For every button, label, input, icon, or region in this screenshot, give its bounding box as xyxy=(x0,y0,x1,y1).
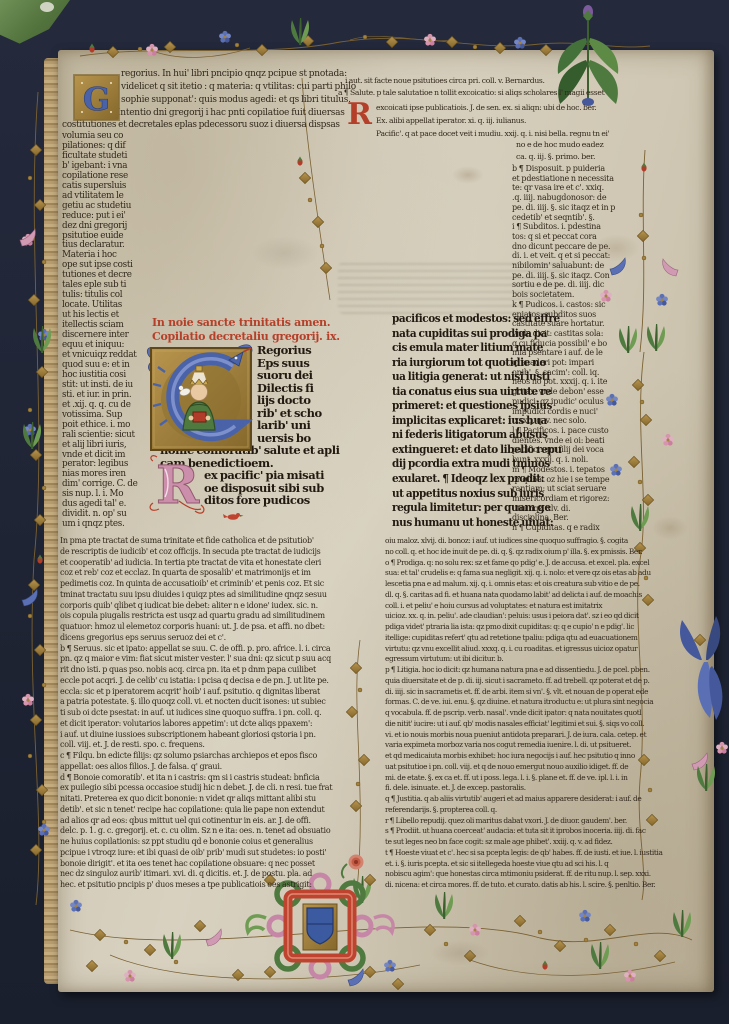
rubric-incipit: In noie sancte trinitatis amen. Copilati… xyxy=(152,316,400,343)
right-top-gloss-beside-initial: excoicati ipse publicatiois. J. de sen. … xyxy=(376,101,648,140)
main-text-col1-full-lines: nonie comoratib' salute et apli cam bene… xyxy=(160,444,396,469)
right-lower-gloss: oiu maloz. xlvij. di. bonoz: i auf. ut i… xyxy=(385,536,707,891)
right-top-gloss-hanging-lines: no e de hoc mudo eadez ca. q. iij. §. pr… xyxy=(516,139,656,164)
right-top-gloss-line-2: a ¶ Salute. p tale salutatioe n tollit e… xyxy=(338,88,646,97)
manuscript-photograph: regorius. In hui' libri pncipio qnqz pci… xyxy=(0,0,729,1024)
right-top-gloss-line-1: i aut. sit facte noue psitutioes circa p… xyxy=(345,76,645,85)
main-text-col1-beside-rex-initial: ex pacific' pia misati oe disposuit sibi… xyxy=(204,469,396,507)
main-text-col2: pacificos et modestos: sed effre nata cu… xyxy=(392,312,578,530)
left-lower-gloss: In pma pte tractat de suma trinitate et … xyxy=(60,536,392,891)
top-gloss-line-5: costitutiones et decretales eplas pdeces… xyxy=(62,120,430,130)
green-cloth-fragment xyxy=(0,0,70,56)
red-initial-R: R xyxy=(347,100,372,130)
main-text-col1-beside-initial: Regorius Eps suus suoru dei Dilectis fi … xyxy=(257,344,397,444)
